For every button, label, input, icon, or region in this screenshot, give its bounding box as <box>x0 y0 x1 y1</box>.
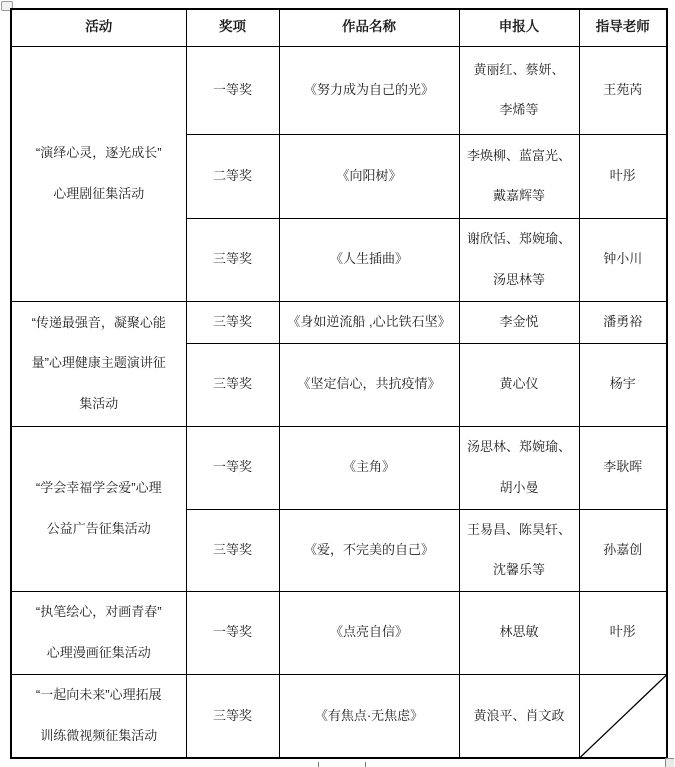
activity-cell: “演绎心灵，逐光成长” 心理剧征集活动 <box>11 46 186 301</box>
award-cell: 二等奖 <box>186 134 279 218</box>
table-row: “传递最强音，凝聚心能 量”心理健康主题演讲征 集活动 三等奖 《身如逆流船 ,… <box>11 301 667 343</box>
work-cell: 《人生插曲》 <box>279 218 459 301</box>
teacher-cell-empty <box>579 674 667 758</box>
teacher-cell: 孙嘉创 <box>579 509 667 591</box>
table-row: “学会幸福学会爱”心理 公益广告征集活动 一等奖 《主角》 汤思林、郑婉瑜、 胡… <box>11 426 667 509</box>
table-resize-handle-icon[interactable] <box>665 758 674 767</box>
award-cell: 三等奖 <box>186 674 279 758</box>
applicants-cell: 李焕柳、蓝富光、 戴嘉辉等 <box>459 134 579 218</box>
header-activity: 活动 <box>11 9 186 46</box>
award-results-table: 活动 奖项 作品名称 申报人 指导老师 “演绎心灵，逐光成长” 心理剧征集活动 … <box>10 8 668 759</box>
activity-cell: “一起向未来”心理拓展 训练微视频征集活动 <box>11 674 186 758</box>
work-cell: 《身如逆流船 ,心比铁石坚》 <box>279 301 459 343</box>
teacher-cell: 叶彤 <box>579 591 667 674</box>
work-cell: 《点亮自信》 <box>279 591 459 674</box>
diagonal-slash-icon <box>580 675 667 758</box>
applicants-cell: 黄浪平、肖文政 <box>459 674 579 758</box>
table-row: “一起向未来”心理拓展 训练微视频征集活动 三等奖 《有焦点·无焦虑》 黄浪平、… <box>11 674 667 758</box>
work-cell: 《主角》 <box>279 426 459 509</box>
activity-cell: “传递最强音，凝聚心能 量”心理健康主题演讲征 集活动 <box>11 301 186 426</box>
award-cell: 三等奖 <box>186 509 279 591</box>
applicants-cell: 谢欣恬、郑婉瑜、 汤思林等 <box>459 218 579 301</box>
teacher-cell: 李耿晖 <box>579 426 667 509</box>
applicants-cell: 李金悦 <box>459 301 579 343</box>
award-cell: 一等奖 <box>186 426 279 509</box>
award-cell: 三等奖 <box>186 301 279 343</box>
work-cell: 《坚定信心，共抗疫情》 <box>279 343 459 426</box>
work-cell: 《向阳树》 <box>279 134 459 218</box>
header-row: 活动 奖项 作品名称 申报人 指导老师 <box>11 9 667 46</box>
award-cell: 一等奖 <box>186 46 279 134</box>
scrollbar-fragment[interactable] <box>318 762 366 767</box>
header-teacher: 指导老师 <box>579 9 667 46</box>
teacher-cell: 叶彤 <box>579 134 667 218</box>
document-page: 活动 奖项 作品名称 申报人 指导老师 “演绎心灵，逐光成长” 心理剧征集活动 … <box>0 0 675 767</box>
award-cell: 三等奖 <box>186 343 279 426</box>
applicants-cell: 黄心仪 <box>459 343 579 426</box>
applicants-cell: 黄丽红、蔡妍、 李烯等 <box>459 46 579 134</box>
work-cell: 《爱，不完美的自己》 <box>279 509 459 591</box>
applicants-cell: 王易昌、陈昊轩、 沈馨乐等 <box>459 509 579 591</box>
award-cell: 一等奖 <box>186 591 279 674</box>
header-work: 作品名称 <box>279 9 459 46</box>
header-applicant: 申报人 <box>459 9 579 46</box>
teacher-cell: 杨宇 <box>579 343 667 426</box>
teacher-cell: 潘勇裕 <box>579 301 667 343</box>
table-row: “演绎心灵，逐光成长” 心理剧征集活动 一等奖 《努力成为自己的光》 黄丽红、蔡… <box>11 46 667 134</box>
applicants-cell: 林思敏 <box>459 591 579 674</box>
teacher-cell: 王苑芮 <box>579 46 667 134</box>
activity-cell: “学会幸福学会爱”心理 公益广告征集活动 <box>11 426 186 591</box>
activity-cell: “执笔绘心，对画青春” 心理漫画征集活动 <box>11 591 186 674</box>
table-row: “执笔绘心，对画青春” 心理漫画征集活动 一等奖 《点亮自信》 林思敏 叶彤 <box>11 591 667 674</box>
work-cell: 《努力成为自己的光》 <box>279 46 459 134</box>
applicants-cell: 汤思林、郑婉瑜、 胡小曼 <box>459 426 579 509</box>
award-cell: 三等奖 <box>186 218 279 301</box>
teacher-cell: 钟小川 <box>579 218 667 301</box>
header-award: 奖项 <box>186 9 279 46</box>
work-cell: 《有焦点·无焦虑》 <box>279 674 459 758</box>
